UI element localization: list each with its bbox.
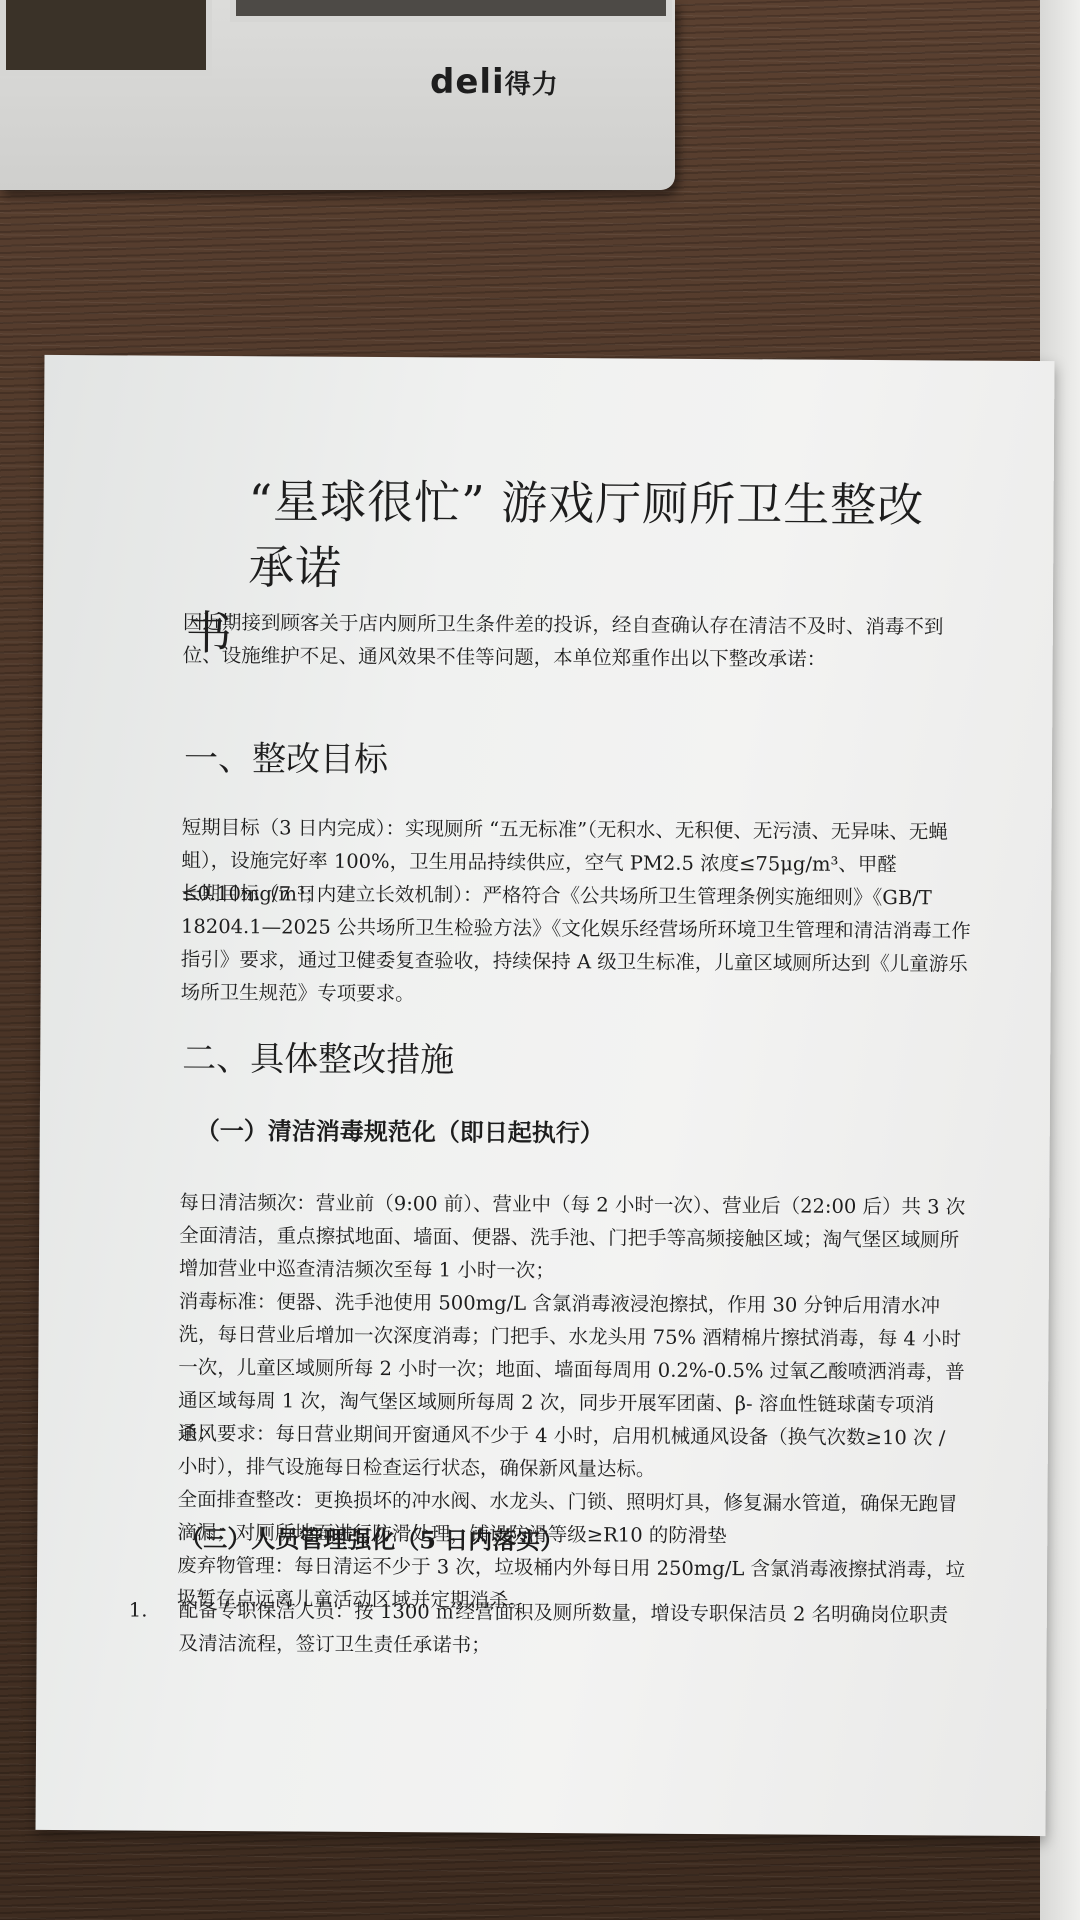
brand-cn: 得力 bbox=[505, 70, 559, 100]
long-term-goal: 长期目标（7 日内建立长效机制）：严格符合《公共场所卫生管理条例实施细则》《GB… bbox=[181, 877, 972, 1014]
list-text: 配备专职保洁人员：按 1300 ㎡经营面积及厕所数量，增设专职保洁员 2 名明确… bbox=[179, 1594, 949, 1665]
desk-organizer: deli得力 bbox=[0, 0, 675, 190]
intro-paragraph: 因近期接到顾客关于店内厕所卫生条件差的投诉，经自查确认存在清洁不及时、消毒不到位… bbox=[183, 606, 973, 677]
subsection-1-heading: （一）清洁消毒规范化（即日起执行） bbox=[196, 1111, 604, 1148]
brand-logo: deli得力 bbox=[430, 62, 559, 102]
measure-item: 每日清洁频次：营业前（9:00 前）、营业中（每 2 小时一次）、营业后（22:… bbox=[179, 1186, 970, 1290]
organizer-slot bbox=[0, 0, 212, 76]
measure-item: 通风要求：每日营业期间开窗通风不少于 4 小时，启用机械通风设备（换气次数≥10… bbox=[178, 1417, 968, 1488]
title-line-1: “星球很忙” 游戏厅厕所卫生整改承诺 bbox=[248, 474, 924, 595]
list-number: 1. bbox=[129, 1593, 179, 1659]
section-1-heading: 一、整改目标 bbox=[184, 731, 388, 781]
organizer-slot bbox=[230, 0, 672, 22]
list-item: 1. 配备专职保洁人员：按 1300 ㎡经营面积及厕所数量，增设专职保洁员 2 … bbox=[129, 1593, 949, 1664]
document-page: “星球很忙” 游戏厅厕所卫生整改承诺 书 因近期接到顾客关于店内厕所卫生条件差的… bbox=[36, 355, 1055, 1836]
section-2-heading: 二、具体整改措施 bbox=[182, 1031, 454, 1082]
subsection-3-heading: （三）人员管理强化（5 日内落实） bbox=[179, 1519, 564, 1556]
brand-latin: deli bbox=[430, 62, 505, 102]
